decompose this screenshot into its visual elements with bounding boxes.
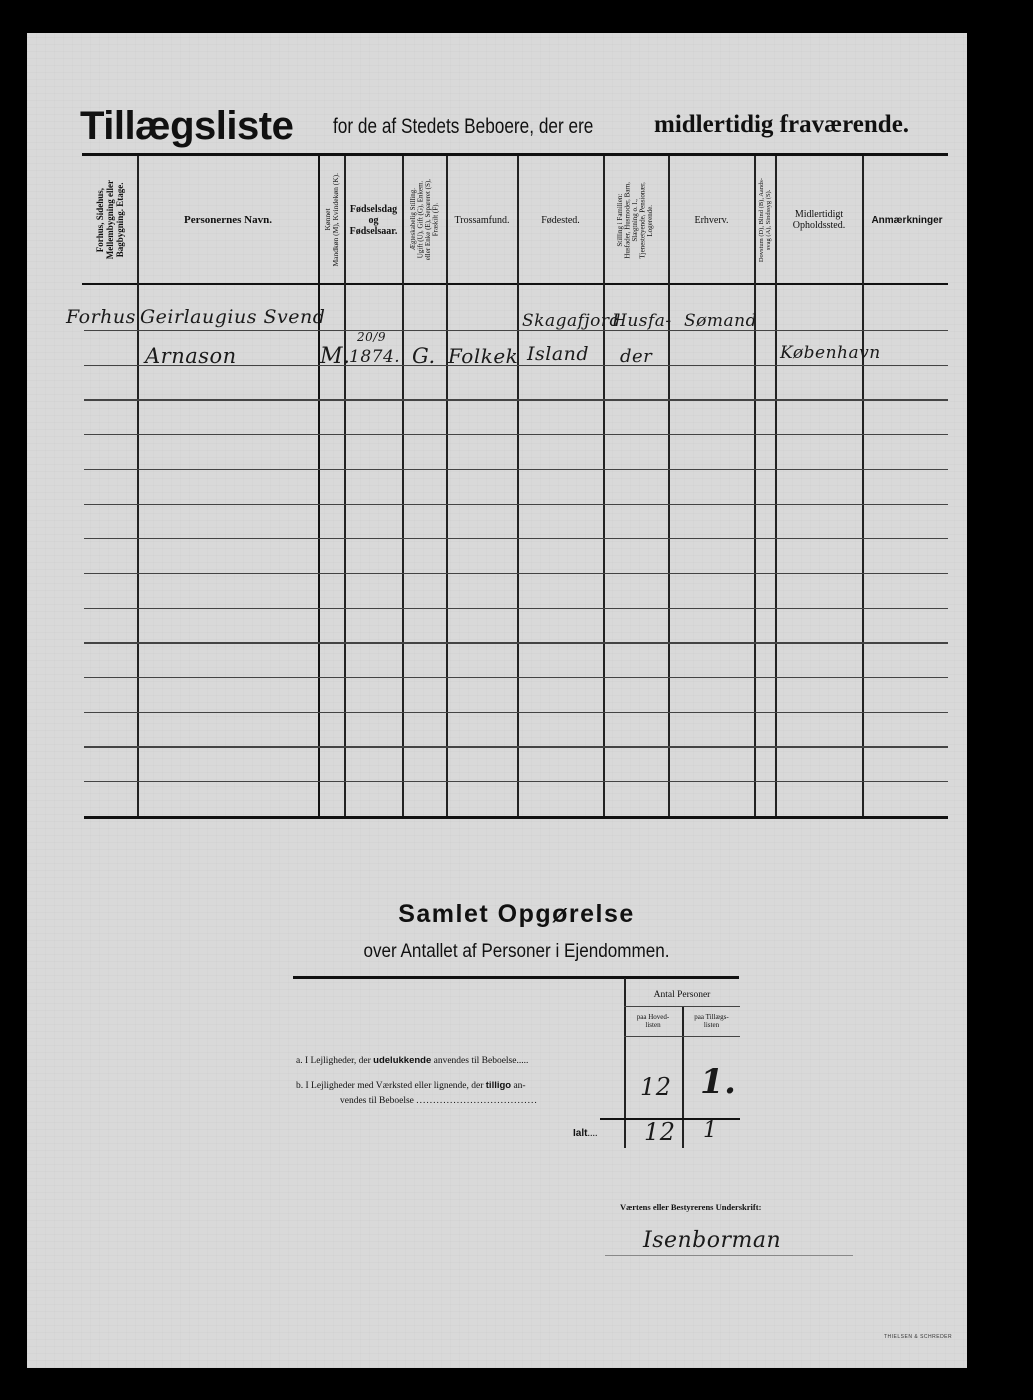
col-header-erhverv: Erhverv. <box>670 158 753 282</box>
form-title: Tillægsliste <box>80 104 293 148</box>
cell-fodselsdag-day: 20/9 <box>357 330 386 344</box>
signature-value: Isenborman <box>643 1228 781 1253</box>
summary-total-label: Ialt.... <box>573 1128 597 1139</box>
summary-col-divider <box>624 978 626 1148</box>
cell-trossamfund: Folkek <box>448 344 518 368</box>
summary-total-tillaeg: 1 <box>703 1118 718 1143</box>
cell-navn-line1: Geirlaugius Svend <box>140 306 325 328</box>
summary-title: Samlet Opgørelse <box>0 900 1033 929</box>
signature-line <box>605 1255 853 1256</box>
summary-row-a: a. I Lejligheder, der udelukkende anvend… <box>296 1055 528 1066</box>
cell-stilling-line1: Husfa- <box>612 311 672 331</box>
cell-fodested-line2: Island <box>527 343 589 365</box>
table-row-line <box>84 538 948 539</box>
cell-stilling-line2: der <box>620 346 652 367</box>
cell-erhverv: Sømand <box>684 311 757 331</box>
table-row-line <box>84 399 948 400</box>
table-row-line <box>84 642 948 643</box>
cell-kon: M. <box>320 344 351 369</box>
col-header-anmaerkninger: Anmærkninger <box>864 158 950 282</box>
top-rule <box>82 153 948 156</box>
table-row-line <box>84 608 948 609</box>
summary-row-b: b. I Lejligheder med Værksted eller lign… <box>296 1080 526 1091</box>
cell-opholdssted: København <box>780 343 881 363</box>
table-row-line <box>84 330 948 331</box>
table-row-line <box>84 746 948 747</box>
summary-col-tillaeg: paa Tillægs- listen <box>683 1013 740 1029</box>
summary-total-hoved: 12 <box>644 1118 676 1146</box>
summary-top-rule <box>293 976 739 979</box>
col-header-navn: Personernes Navn. <box>139 158 317 282</box>
col-header-fodested: Fødested. <box>519 158 602 282</box>
summary-row-b-line2: vendes til Beboelse ....................… <box>340 1096 614 1106</box>
table-row-line <box>84 781 948 782</box>
summary-col-hoved: paa Hoved- listen <box>624 1013 682 1029</box>
table-row-line <box>84 434 948 435</box>
col-header-fodselsdag: Fødselsdag og Fødselsaar. <box>346 158 401 282</box>
col-header-etage: Forhus, Sidehus, Mellembygning eller Bag… <box>84 158 136 282</box>
table-row-line <box>84 469 948 470</box>
form-subtitle-bold: midlertidig fraværende. <box>654 108 909 142</box>
table-row-line <box>84 677 948 678</box>
col-header-aegteskab: Ægteskabelig Stilling. Ugift (U), Gift (… <box>404 158 445 282</box>
summary-subtitle: over Antallet af Personer i Ejendommen. <box>52 941 982 963</box>
col-header-trossamfund: Trossamfund. <box>448 158 516 282</box>
table-row-line <box>84 712 948 713</box>
table-row-line <box>84 573 948 574</box>
cell-etage: Forhus <box>66 306 136 328</box>
cell-aegteskab: G. <box>412 344 436 368</box>
col-header-opholdssted: Midlertidigt Opholdssted. <box>777 158 861 282</box>
cell-fodested-line1: Skagafjord <box>522 311 621 331</box>
summary-hoved-value: 12 <box>640 1073 672 1101</box>
cell-fodselsaar: 1874. <box>349 347 400 367</box>
cell-navn-line2: Arnason <box>145 344 237 368</box>
printer-mark: THIELSEN & SCHREDER <box>884 1334 952 1340</box>
summary-rule <box>624 1006 740 1007</box>
summary-rule <box>624 1036 740 1037</box>
summary-tillaeg-value: 1. <box>700 1062 737 1102</box>
col-header-stilling: Stilling i Familien: Husfader, Husmoder,… <box>605 158 667 282</box>
table-row-line <box>84 504 948 505</box>
col-header-dovstum: Dovstum (D), Blind (B), Aands- svag (A),… <box>756 158 774 282</box>
table-bottom-rule <box>84 816 948 819</box>
signature-label: Værtens eller Bestyrerens Underskrift: <box>620 1202 761 1212</box>
form-subtitle: for de af Stedets Beboere, der ere <box>333 112 593 142</box>
col-header-kon: Kønnet Mandkøn (M), Kvindekøn (K). <box>320 158 343 282</box>
header-bottom-rule <box>82 283 948 285</box>
summary-col-group: Antal Personer <box>624 990 740 1000</box>
